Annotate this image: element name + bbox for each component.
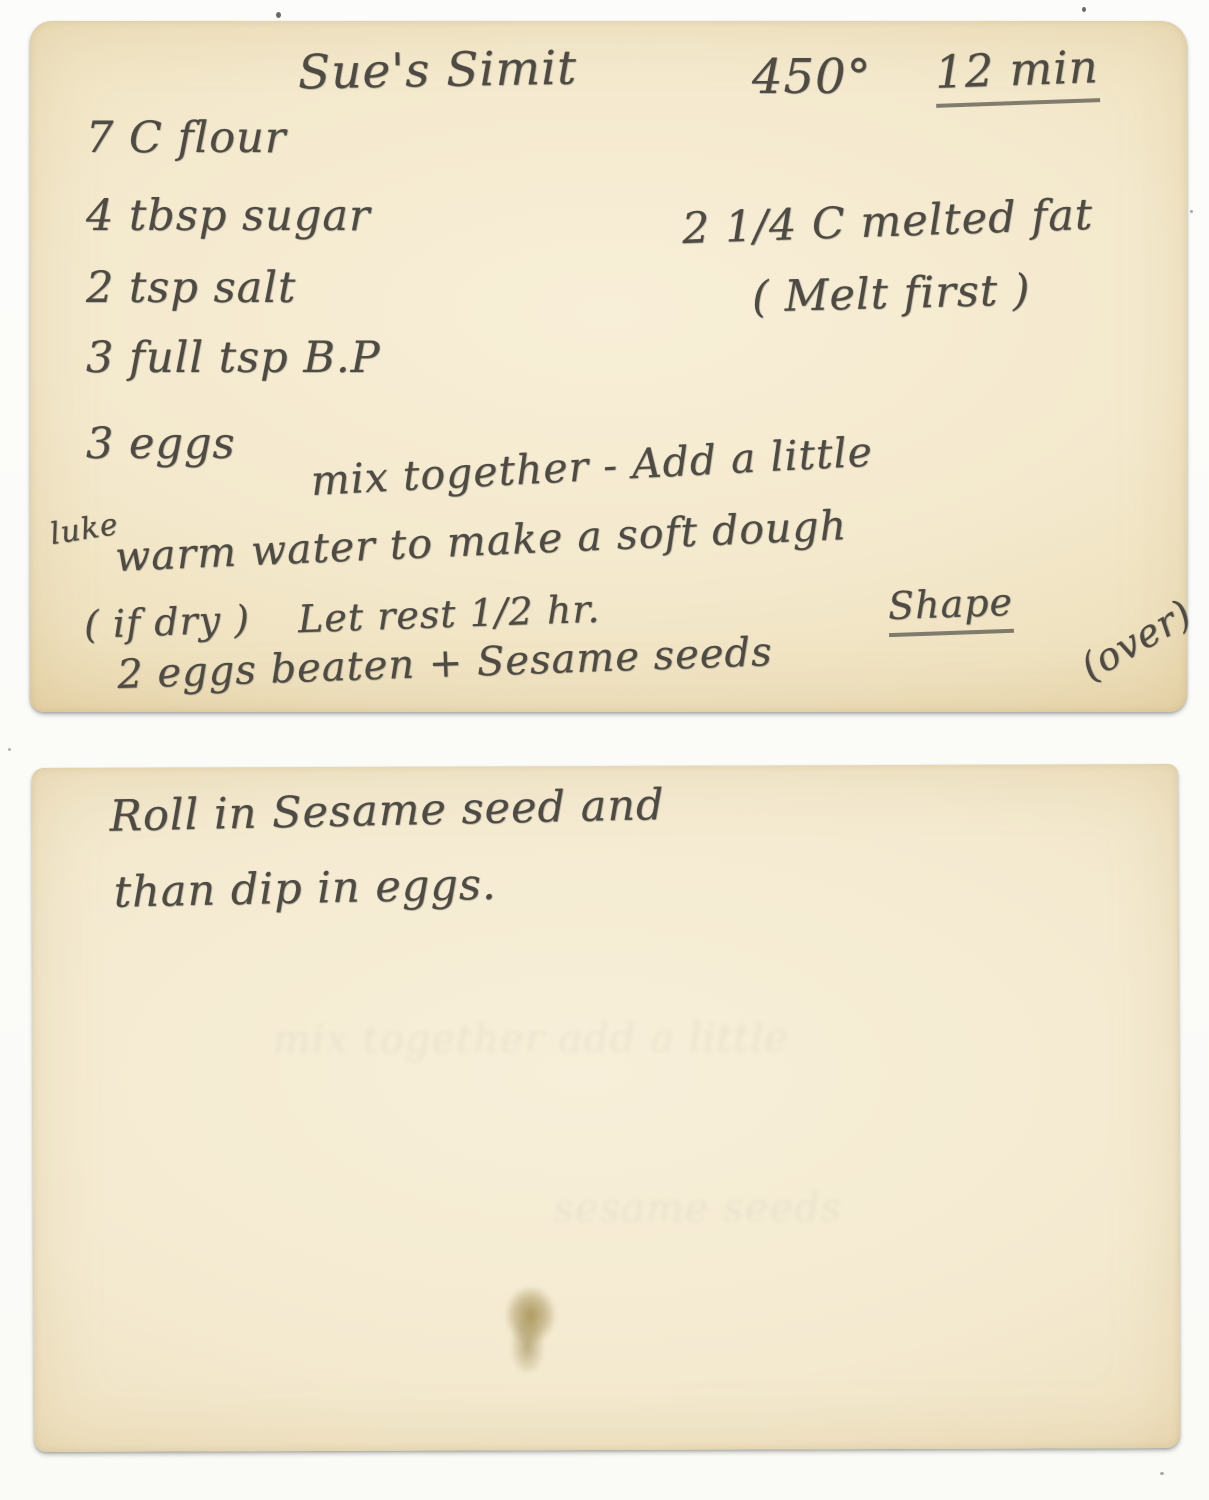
ingredient-baking-powder: 3 full tsp B.P <box>86 337 381 380</box>
ingredient-flour: 7 C flour <box>86 117 286 160</box>
bake-time: 12 min <box>934 44 1099 95</box>
recipe-title: Sue's Simit <box>298 45 578 97</box>
dust-speck <box>8 748 11 751</box>
over-note: (over) <box>1075 593 1198 686</box>
dust-speck <box>276 12 281 18</box>
back-instruction-roll: Roll in Sesame seed and <box>109 784 665 839</box>
dust-speck <box>1190 210 1193 213</box>
instruction-shape: Shape <box>887 583 1013 625</box>
dust-speck <box>1160 1472 1164 1475</box>
instruction-luke: luke <box>48 510 121 550</box>
ingredient-salt: 2 tsp salt <box>86 267 296 310</box>
instruction-warm-water: warm water to make a soft dough <box>114 505 848 578</box>
back-instruction-dip: than dip in eggs. <box>113 864 497 915</box>
scan-background: Sue's Simit 450° 12 min 7 C flour 4 tbsp… <box>0 0 1209 1500</box>
bake-time-underlined: 12 min <box>934 40 1100 108</box>
recipe-card-back: Roll in Sesame seed and than dip in eggs… <box>32 764 1180 1452</box>
ingredient-sugar: 4 tbsp sugar <box>86 195 371 238</box>
instruction-mix: mix together - Add a little <box>310 432 874 502</box>
melt-first-note: ( Melt first ) <box>751 269 1031 319</box>
oven-temperature: 450° <box>752 53 872 101</box>
grease-stain <box>502 1284 566 1372</box>
ingredient-eggs: 3 eggs <box>86 423 236 466</box>
instruction-let-rest: Let rest 1/2 hr. <box>297 590 601 639</box>
bleed-through-text: ​sesame seeds <box>553 1185 842 1232</box>
shape-underlined: Shape <box>887 580 1014 637</box>
recipe-card-front: Sue's Simit 450° 12 min 7 C flour 4 tbsp… <box>30 21 1187 712</box>
dust-speck <box>1082 7 1086 12</box>
instruction-if-dry: ( if dry ) <box>83 600 250 644</box>
ingredient-melted-fat: 2 1/4 C melted fat <box>681 194 1093 251</box>
bleed-through-text: ​mix together add a little <box>273 1015 789 1063</box>
